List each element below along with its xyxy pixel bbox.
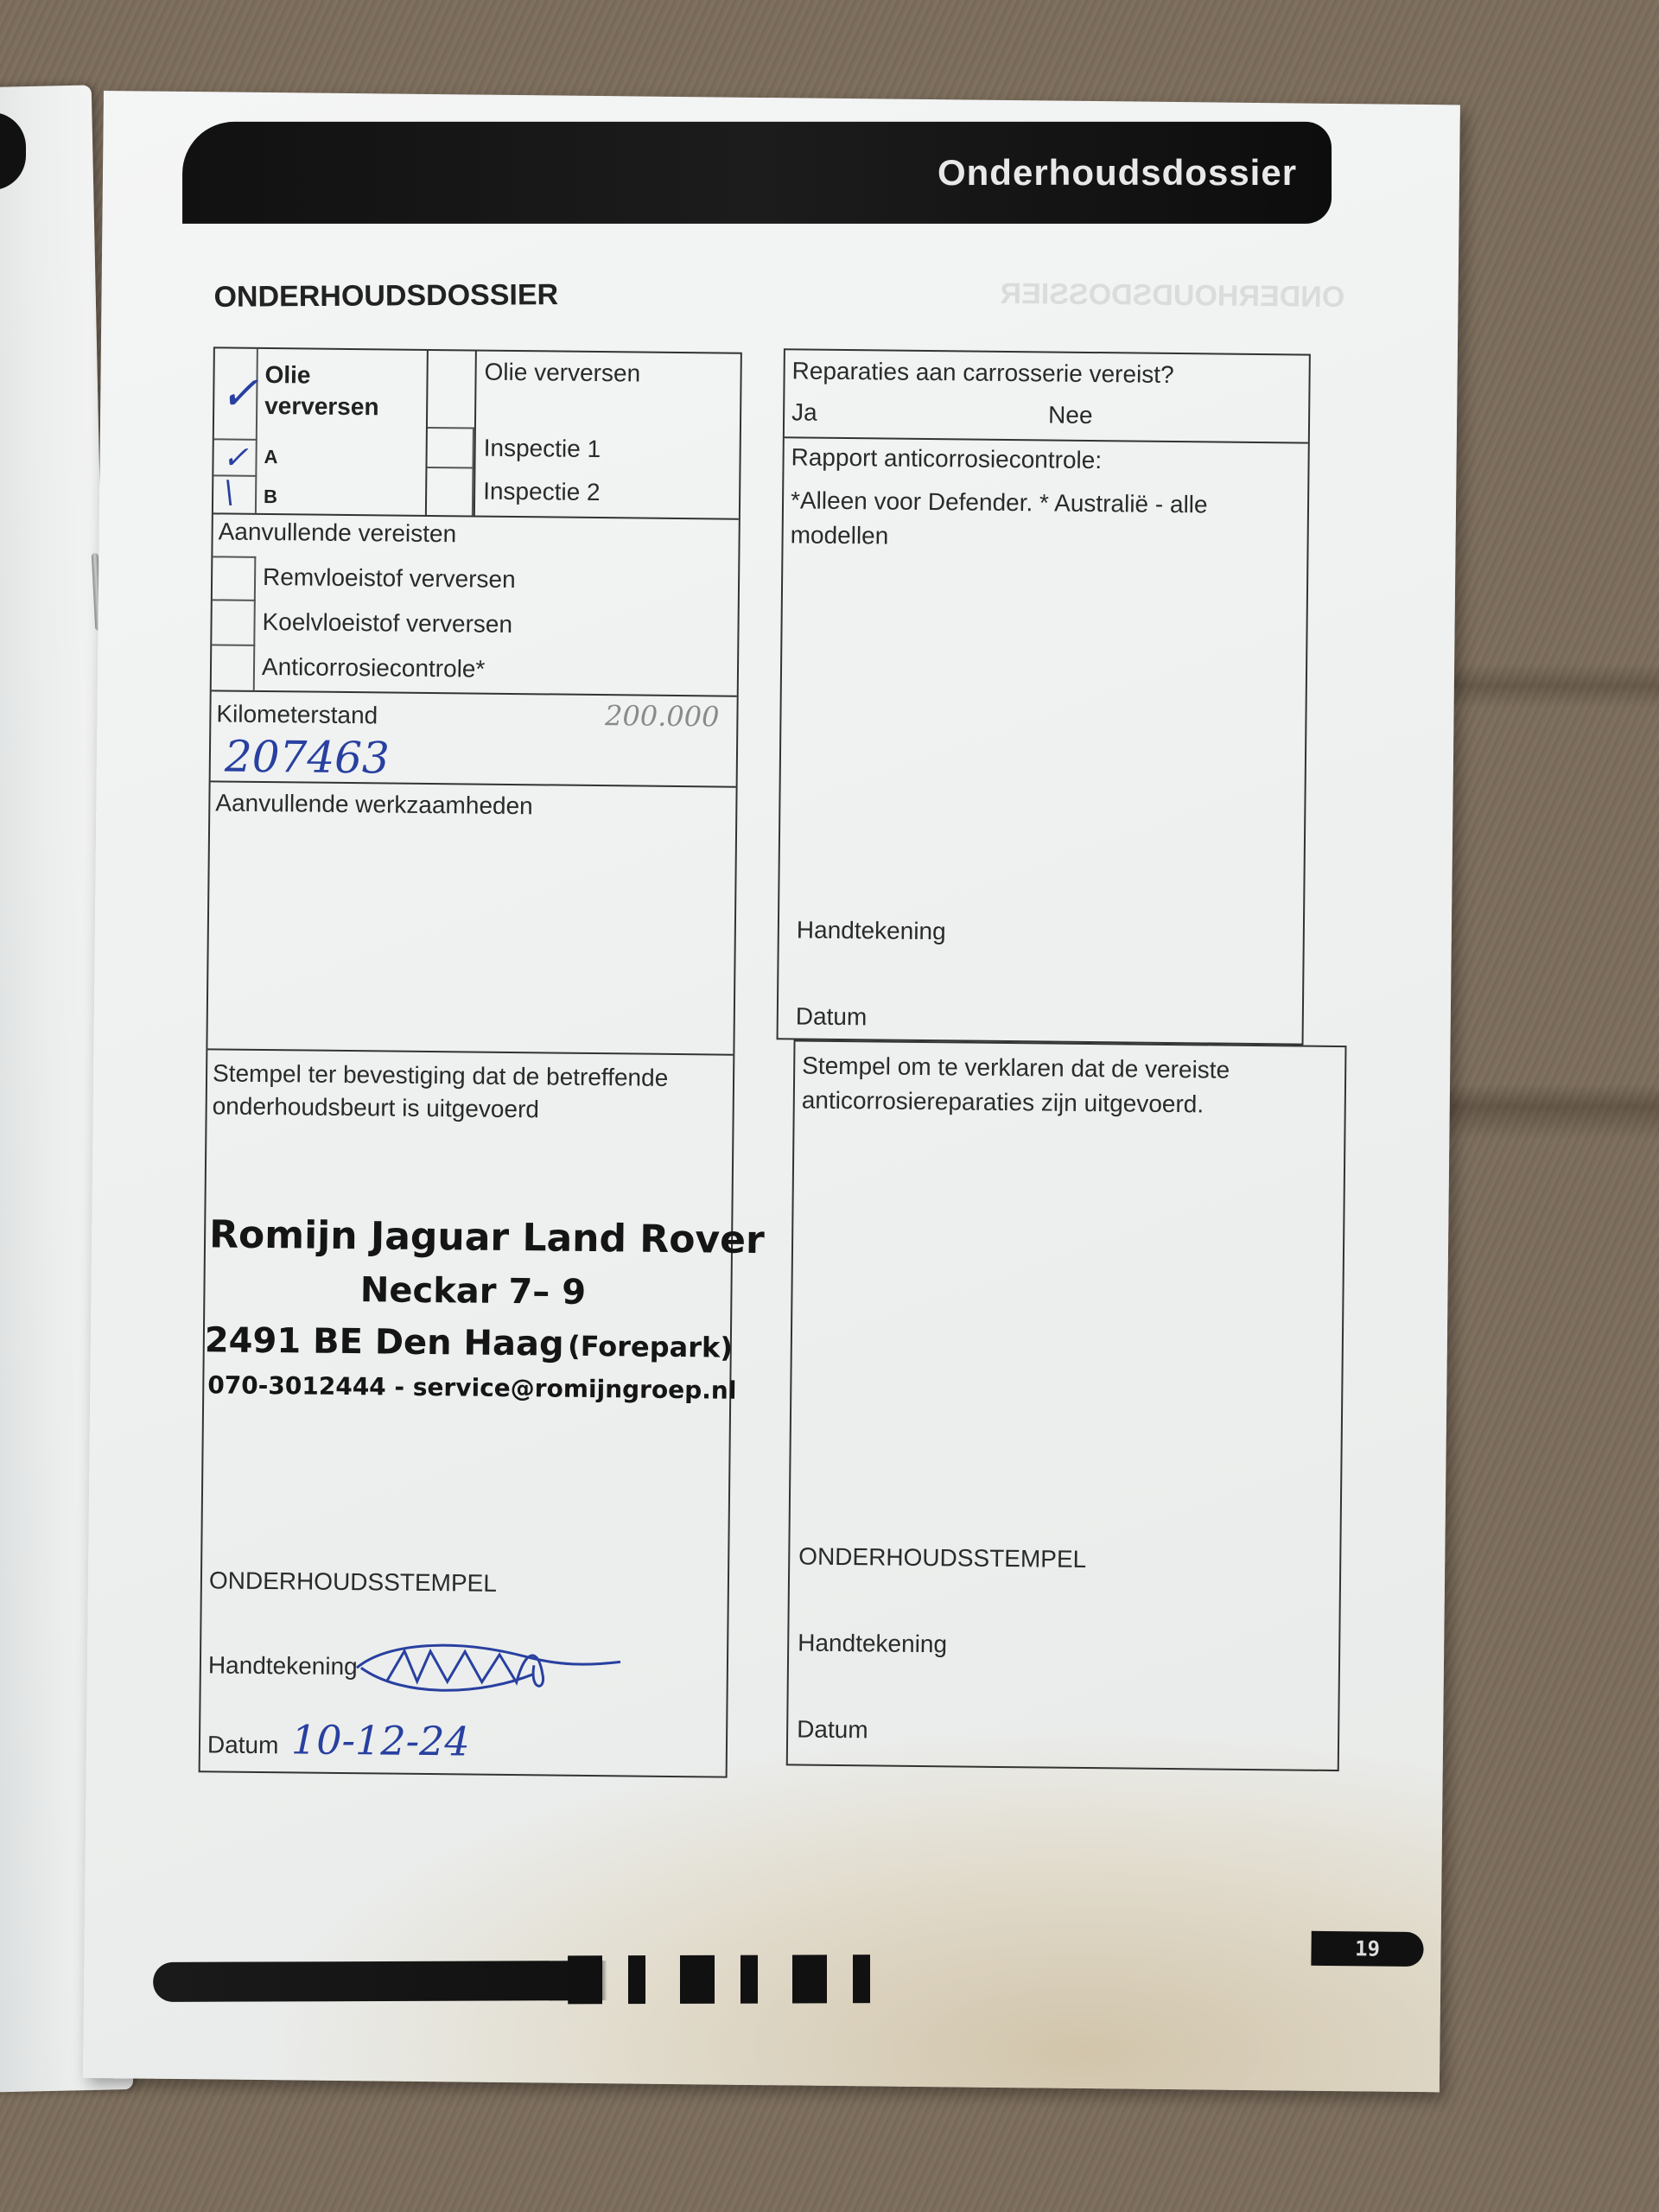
maintenance-stamp-label: ONDERHOUDSSTEMPEL [209,1567,497,1597]
additional-work-block: Aanvullende werkzaamheden [207,780,735,1055]
mileage-label: Kilometerstand [216,700,378,729]
anticorrosion-stamp-label: Stempel om te verklaren dat de vereiste … [802,1049,1321,1123]
mileage-value[interactable]: 207463 [225,732,390,784]
inspection-2-label: Inspectie 2 [483,478,601,506]
inspection-1-checkbox[interactable] [427,427,474,469]
mileage-pencil-note: 200.000 [605,699,720,733]
corrosion-report-label: Rapport anticorrosiecontrole: [791,443,1102,474]
signature-scribble-icon[interactable] [353,1637,630,1700]
option-a-label: A [264,446,277,468]
dealer-contact: 070-3012444 - service@romijngroep.nl [204,1370,757,1405]
option-a-checkmark: ✓ [222,440,249,475]
inspection-1-label: Inspectie 1 [484,435,601,463]
oil-change-checkmark: ✓ [219,365,259,420]
left-service-column: ✓ ✓ \ Olie verversen A B Olie verversen … [199,346,742,1777]
corrosion-date-label: Datum [796,1002,868,1031]
bleed-through-text: ONDERHOUDSDOSSIER [1000,277,1344,315]
anticorrosion-stamp-block: Stempel om te verklaren dat de vereiste … [786,1039,1347,1771]
service-stamp-label: Stempel ter bevestiging dat de betreffen… [212,1057,696,1128]
signature-label: Handtekening [208,1651,358,1681]
dealer-name: Romijn Jaguar Land Rover [206,1212,759,1262]
anticorrosion-date-label: Datum [797,1716,868,1745]
option-b-checkmark: \ [224,474,235,510]
section-title: ONDERHOUDSDOSSIER [213,278,558,315]
coolant-label: Koelvloeistof verversen [262,608,512,639]
bodywork-block: Reparaties aan carrosserie vereist? Ja N… [785,350,1309,443]
dealer-city: 2491 BE Den Haag (Forepark) [205,1320,758,1366]
dealer-city-suffix: (Forepark) [568,1330,733,1364]
option-b-label: B [264,486,277,508]
page-number: 19 [1311,1931,1423,1967]
service-stamp-block: Stempel ter bevestiging dat de betreffen… [200,1048,734,1776]
booklet-page: Onderhoudsdossier ONDERHOUDSDOSSIER ONDE… [83,91,1460,2092]
inspection-2-checkbox[interactable] [427,468,474,516]
right-inspection-column: Reparaties aan carrosserie vereist? Ja N… [777,348,1311,1045]
additional-requirements-block: Aanvullende vereisten Remvloeistof verve… [212,512,739,696]
anticorrosion-checkbox[interactable] [212,645,256,690]
corrosion-signature-label: Handtekening [797,916,946,945]
option-b-checkbox[interactable]: \ [213,476,257,513]
anticorrosion-signature-label: Handtekening [798,1630,947,1659]
bodywork-question: Reparaties aan carrosserie vereist? [791,357,1173,389]
brake-fluid-checkbox[interactable] [213,556,257,601]
oil-change-label: Olie verversen [264,359,421,423]
additional-requirements-title: Aanvullende vereisten [218,518,456,548]
anticorrosion-maintenance-stamp-label: ONDERHOUDSSTEMPEL [798,1543,1086,1573]
brake-fluid-label: Remvloeistof verversen [263,563,516,594]
bodywork-no-option[interactable]: Nee [1048,401,1093,429]
divider [474,352,477,516]
dealer-city-line: 2491 BE Den Haag [205,1320,564,1363]
oil-change-right-label: Olie verversen [484,359,640,388]
anticorrosion-label: Anticorrosiecontrole* [262,653,486,683]
service-type-block: ✓ ✓ \ Olie verversen A B Olie verversen … [213,348,741,519]
bodywork-yes-option[interactable]: Ja [791,398,817,426]
option-a-checkbox[interactable]: ✓ [213,440,257,477]
corrosion-report-block: Rapport anticorrosiecontrole: *Alleen vo… [779,436,1308,1046]
header-title: Onderhoudsdossier [938,152,1297,194]
date-label: Datum [207,1731,279,1759]
dealer-street: Neckar 7– 9 [205,1268,758,1314]
additional-work-field[interactable] [213,832,730,1048]
coolant-checkbox[interactable] [212,601,256,646]
date-value[interactable]: 10-12-24 [291,1716,470,1764]
additional-work-label: Aanvullende werkzaamheden [215,789,533,820]
oil-change-checkbox[interactable]: ✓ [214,348,258,441]
corrosion-report-note: *Alleen voor Defender. * Australië - all… [790,483,1274,557]
mileage-block: Kilometerstand 207463 200.000 [211,690,737,787]
footer-bar-damaged [568,1955,896,2004]
header-bar: Onderhoudsdossier [182,122,1332,224]
dealer-stamp: Romijn Jaguar Land Rover Neckar 7– 9 249… [204,1212,759,1405]
